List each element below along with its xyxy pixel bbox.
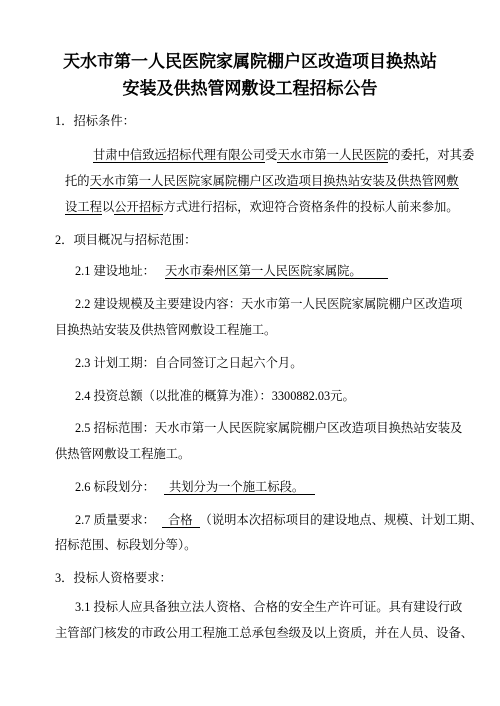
item-2-4-investment: 2.4 投资总额（以批准的概算为准）：3300882.03元。: [75, 388, 355, 404]
project-name-part-1: 天水市第一人民医院家属院棚户区改造项目换热站安装及供热管网敷: [90, 174, 459, 189]
text-run: 方式进行招标，欢迎符合资格条件的投标人前来参加。: [163, 200, 458, 214]
lot-division-value: 共划分为一个施工标段。: [164, 480, 315, 495]
quality-value: 合格: [162, 513, 200, 528]
item-2-6-lot-division: 2.6 标段划分：共划分为一个施工标段。: [75, 479, 315, 495]
item-2-1-build-address: 2.1 建设地址：天水市秦州区第一人民医院家属院。: [75, 263, 388, 279]
item-label: 2.6 标段划分：: [75, 480, 155, 494]
document-page: 天水市第一人民医院家属院棚户区改造项目换热站 安装及供热管网敷设工程招标公告 1…: [0, 0, 500, 706]
intro-paragraph-line-2: 托的天水市第一人民医院家属院棚户区改造项目换热站安装及供热管网敷: [65, 173, 459, 189]
item-2-7-quality-line-1: 2.7 质量要求：合格（说明本次招标项目的建设地点、规模、计划工期、: [75, 512, 482, 528]
doc-title-line-1: 天水市第一人民医院家属院棚户区改造项目换热站: [0, 51, 500, 73]
item-2-5-bid-range-line-2: 供热管网敷设工程施工。: [55, 446, 190, 462]
intro-paragraph-line-3: 设工程以公开招标方式进行招标，欢迎符合资格条件的投标人前来参加。: [65, 199, 459, 215]
item-label: 2.7 质量要求：: [75, 513, 155, 527]
project-name-part-2: 设工程: [65, 200, 102, 215]
section-1-heading: 1．招标条件：: [55, 113, 135, 129]
section-3-heading: 3．投标人资格要求：: [55, 570, 172, 586]
text-run: 以: [102, 200, 114, 214]
address-value: 天水市秦州区第一人民医院家属院。: [165, 264, 388, 279]
bid-method: 公开招标: [114, 200, 163, 215]
text-run: （说明本次招标项目的建设地点、规模、计划工期、: [200, 513, 483, 527]
section-2-heading: 2．项目概况与招标范围：: [55, 232, 196, 248]
item-3-1-qualification-line-1: 3.1 投标人应具备独立法人资格、合格的安全生产许可证。具有建设行政: [75, 599, 462, 615]
text-run: 的委托，对其委: [388, 148, 474, 162]
item-2-2-scope-line-1: 2.2 建设规模及主要建设内容：天水市第一人民医院家属院棚户区改造项: [75, 296, 462, 312]
intro-paragraph-line-1: 甘肃中信致远招标代理有限公司受天水市第一人民医院的委托，对其委: [93, 147, 474, 163]
item-2-3-schedule: 2.3 计划工期：自合同签订之日起六个月。: [75, 355, 303, 371]
text-run: 受: [265, 148, 277, 162]
item-2-7-quality-line-2: 招标范围、标段划分等）。: [55, 537, 196, 553]
agency-name: 甘肃中信致远招标代理有限公司: [93, 148, 265, 163]
item-3-1-qualification-line-2: 主管部门核发的市政公用工程施工总承包叁级及以上资质，并在人员、设备、: [55, 625, 473, 641]
item-2-2-scope-line-2: 目换热站安装及供热管网敷设工程施工。: [55, 322, 276, 338]
item-label: 2.1 建设地址：: [75, 264, 155, 278]
owner-name: 天水市第一人民医院: [277, 148, 388, 163]
text-run: 托的: [65, 174, 90, 188]
item-2-5-bid-range-line-1: 2.5 招标范围：天水市第一人民医院家属院棚户区改造项目换热站安装及: [75, 420, 462, 436]
doc-title-line-2: 安装及供热管网敷设工程招标公告: [0, 78, 500, 100]
